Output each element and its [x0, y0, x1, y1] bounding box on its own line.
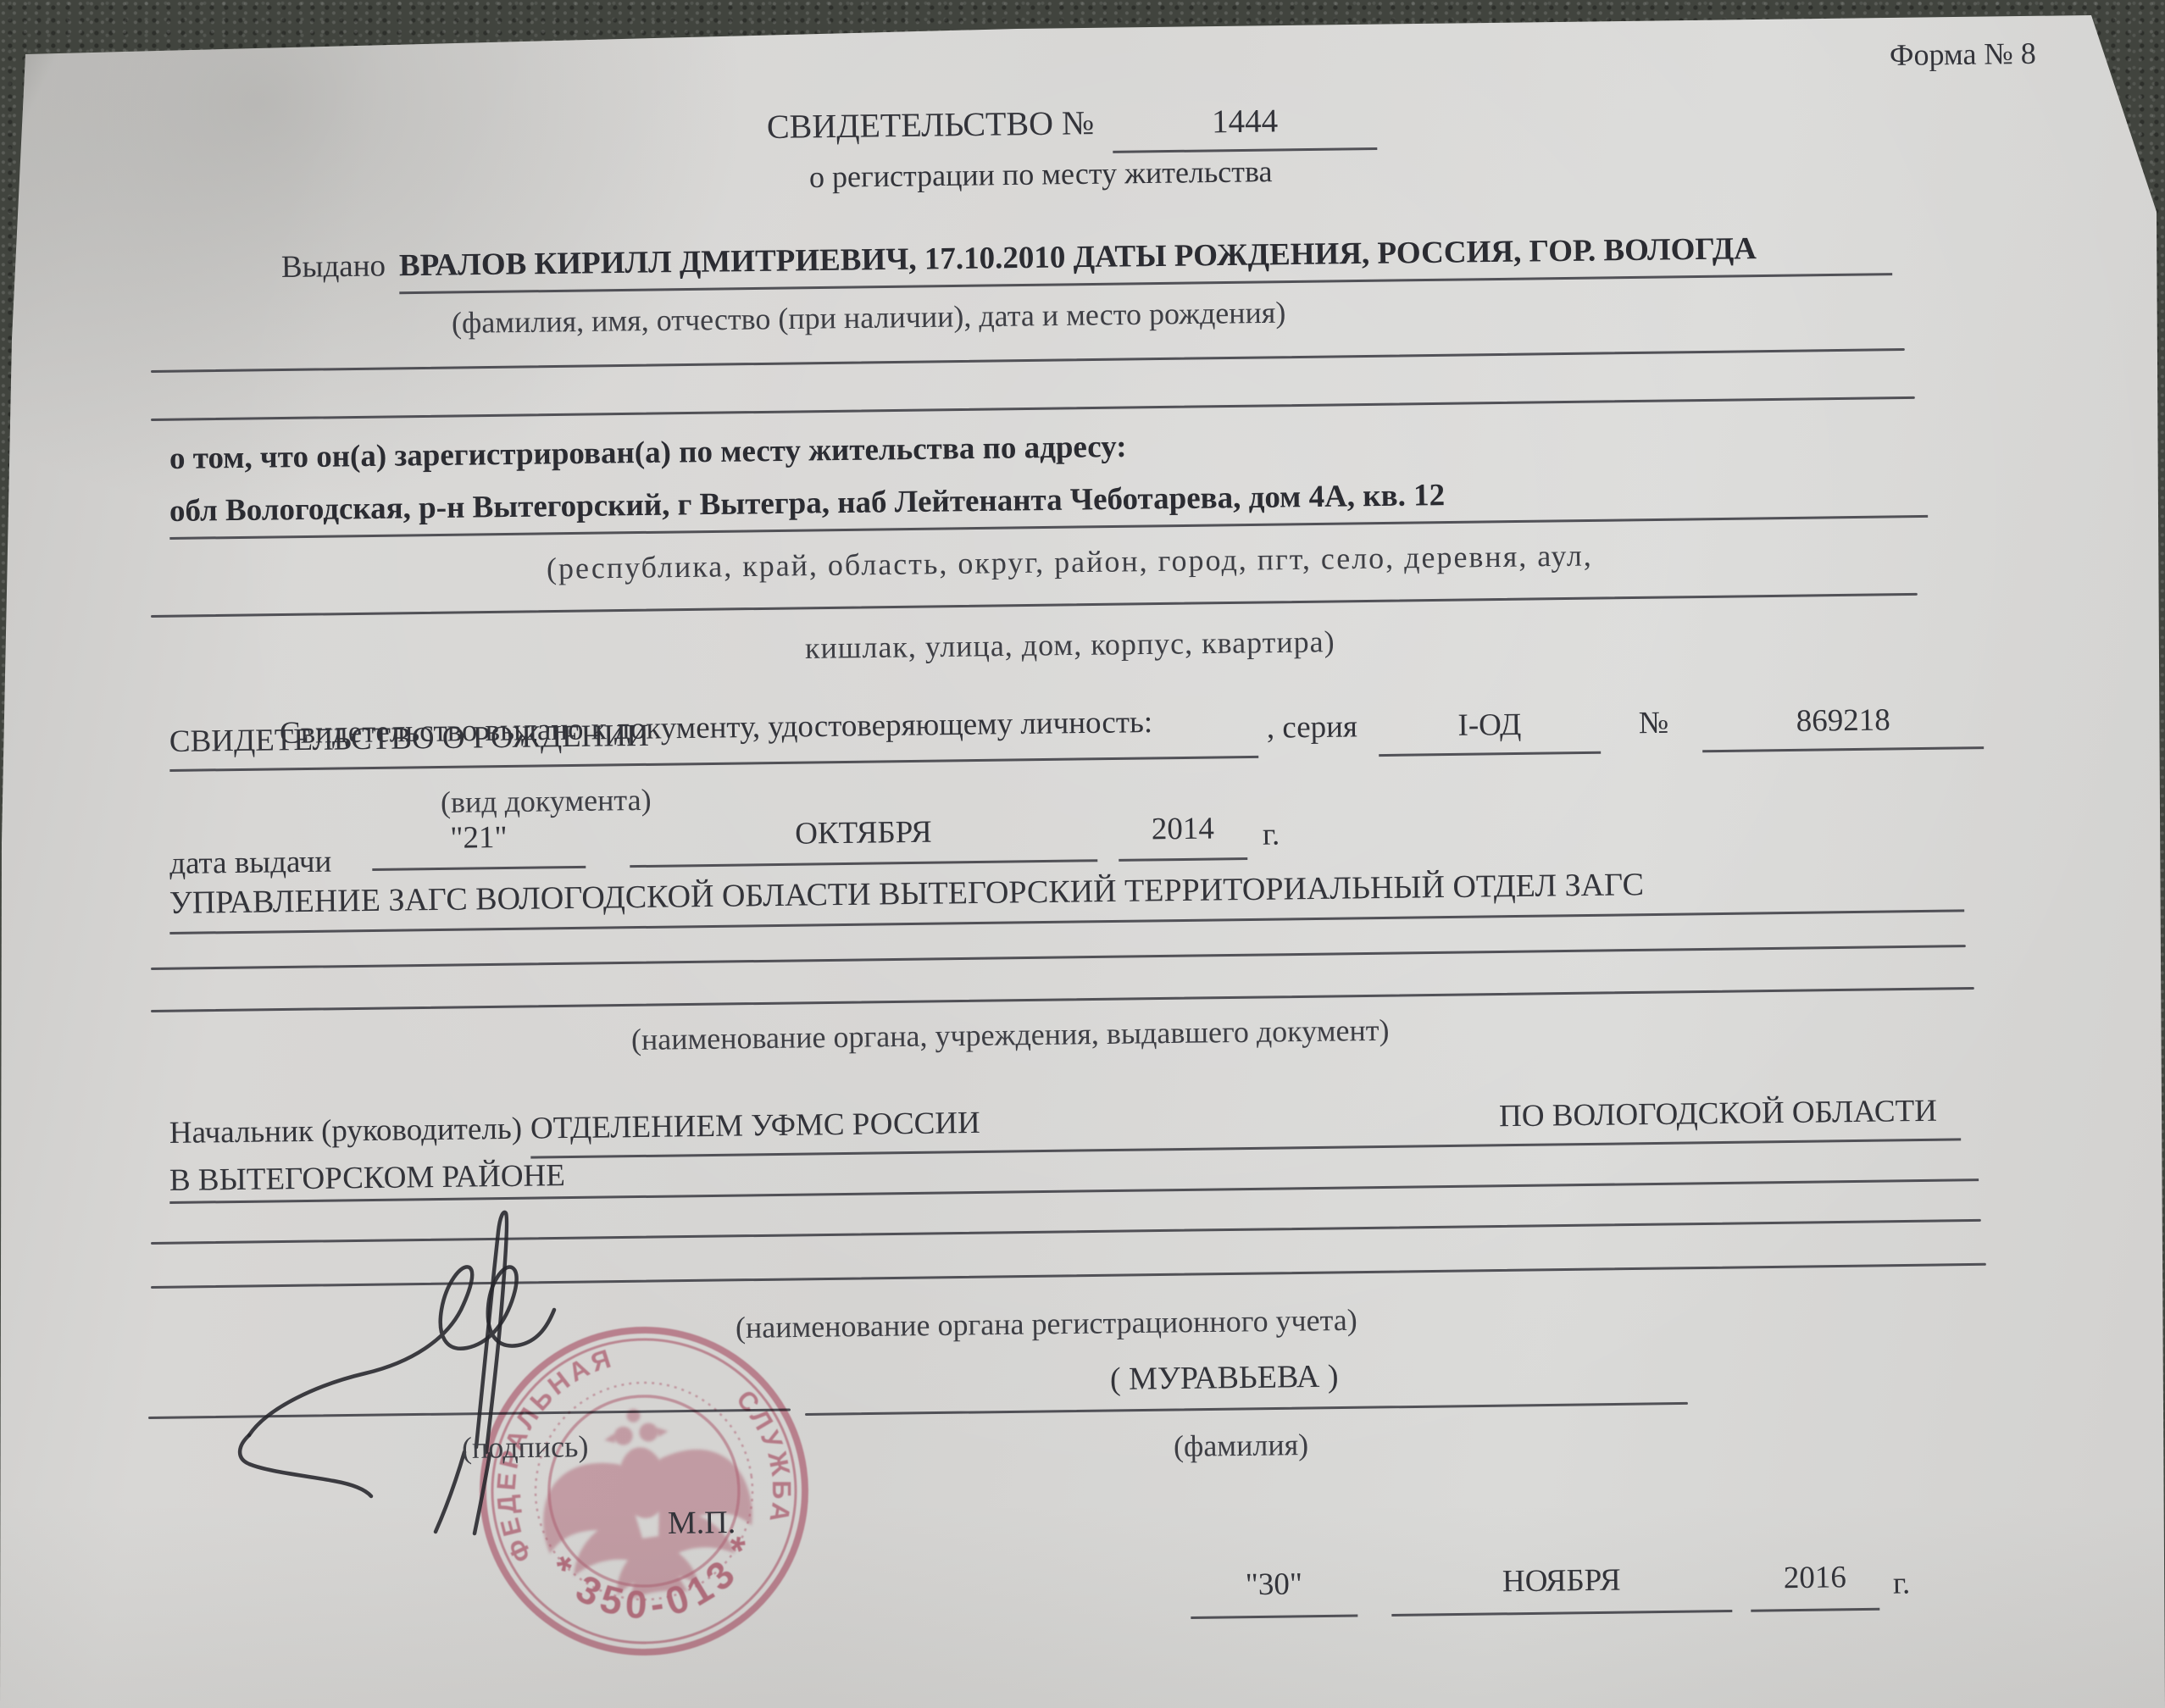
document-paper: Форма № 8 СВИДЕТЕЛЬСТВО №1444 о регистра… [0, 0, 2165, 1708]
mp-label: М.П. [668, 1504, 736, 1544]
issue-year: 2016 [1751, 1559, 1880, 1612]
series-label: , серия [1267, 709, 1358, 745]
reg-authority-line1: ОТДЕЛЕНИЕМ УФМС РОССИИ [530, 1105, 980, 1148]
doc-date-label: дата выдачи [169, 845, 332, 881]
doc-date-day: "21" [372, 818, 586, 872]
identity-doc-row: СВИДЕТЕЛЬСТВО О РОЖДЕНИИ, серияI-ОД№8692… [169, 701, 1985, 772]
registration-intro: о том, что он(а) зарегистрирован(а) по м… [169, 429, 1127, 479]
series-value: I-ОД [1379, 706, 1602, 757]
issued-caption: (фамилия, имя, отчество (при наличии), д… [452, 295, 1286, 342]
doc-date-year-suffix: г. [1263, 818, 1280, 852]
blank-line [151, 396, 1915, 421]
issue-month: НОЯБРЯ [1391, 1561, 1733, 1616]
doc-type-caption: (вид документа) [441, 782, 652, 821]
issued-person-value: ВРАЛОВ КИРИЛЛ ДМИТРИЕВИЧ, 17.10.2010 ДАТ… [399, 229, 1893, 295]
doc-number-value: 869218 [1702, 701, 1985, 753]
doc-authority-row: УПРАВЛЕНИЕ ЗАГС ВОЛОГОДСКОЙ ОБЛАСТИ ВЫТЕ… [169, 862, 1965, 934]
address-caption-2: кишлак, улица, дом, корпус, квартира) [805, 624, 1335, 667]
blank-line [151, 348, 1905, 373]
blank-line [151, 945, 1966, 970]
head-label: Начальник (руководитель) [169, 1112, 523, 1151]
address-row: обл Вологодская, р-н Вытегорский, г Выте… [169, 471, 1929, 540]
form-number-label: Форма № 8 [1890, 36, 2036, 74]
certificate-title: СВИДЕТЕЛЬСТВО № [767, 103, 1095, 146]
reg-authority-line1-right: ПО ВОЛОГОДСКОЙ ОБЛАСТИ [1499, 1092, 1961, 1135]
surname-caption: (фамилия) [1174, 1427, 1309, 1465]
issue-day: "30" [1191, 1566, 1358, 1620]
doc-authority-value: УПРАВЛЕНИЕ ЗАГС ВОЛОГОДСКОЙ ОБЛАСТИ ВЫТЕ… [169, 862, 1965, 934]
surname-line [805, 1402, 1688, 1416]
doc-date-row: дата выдачи"21"ОКТЯБРЯ2014г. [169, 810, 1280, 874]
address-caption-1: (республика, край, область, округ, район… [547, 537, 1593, 587]
title-row: СВИДЕТЕЛЬСТВО №1444 [767, 99, 1378, 158]
number-sign: № [1639, 706, 1669, 740]
signature-caption: (подпись) [462, 1428, 589, 1467]
handwritten-signature [192, 1183, 598, 1547]
reg-authority-caption: (наименование органа регистрационного уч… [736, 1302, 1357, 1346]
doc-authority-caption: (наименование органа, учреждения, выдавш… [631, 1012, 1390, 1058]
surname-value: ( МУРАВЬЕВА ) [1110, 1358, 1339, 1400]
issued-row: ВыданоВРАЛОВ КИРИЛЛ ДМИТРИЕВИЧ, 17.10.20… [281, 229, 1893, 296]
blank-line [151, 987, 1974, 1012]
doc-date-month: ОКТЯБРЯ [630, 812, 1098, 868]
issue-year-suffix: г. [1893, 1566, 1911, 1600]
photo-background: Форма № 8 СВИДЕТЕЛЬСТВО №1444 о регистра… [0, 0, 2165, 1708]
issued-label: Выдано [281, 248, 386, 285]
certificate-subtitle: о регистрации по месту жительства [809, 153, 1273, 196]
blank-line [151, 593, 1918, 618]
address-value: обл Вологодская, р-н Вытегорский, г Выте… [169, 471, 1929, 540]
doc-date-year: 2014 [1119, 810, 1248, 862]
certificate-number: 1444 [1113, 101, 1378, 153]
issue-date-row: "30"НОЯБРЯ2016г. [1191, 1558, 1911, 1619]
